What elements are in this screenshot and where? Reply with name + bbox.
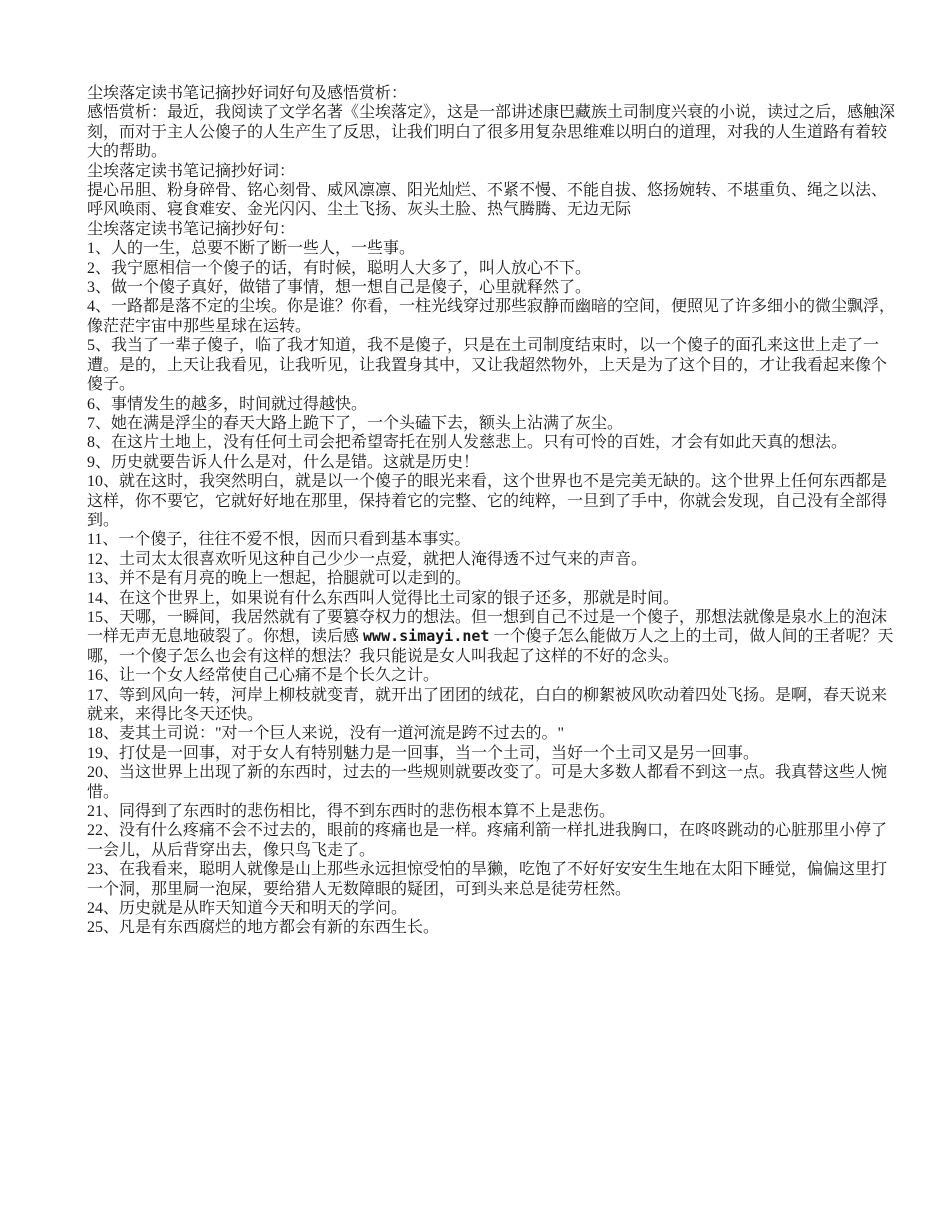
good-words-list: 提心吊胆、粉身碎骨、铭心刻骨、威风凛凛、阳光灿烂、不紧不慢、不能自拔、悠扬婉转、… xyxy=(87,181,897,220)
sentence-item-1: 1、人的一生，总要不断了断一些人，一些事。 xyxy=(87,239,897,258)
sentence-item-14: 14、在这个世界上，如果说有什么东西叫人觉得比土司家的银子还多，那就是时间。 xyxy=(87,589,897,608)
sentence-item-12: 12、土司太太很喜欢听见这种自己少少一点爱，就把人淹得透不过气来的声音。 xyxy=(87,550,897,569)
sentence-item-5: 5、我当了一辈子傻子，临了我才知道，我不是傻子，只是在土司制度结束时，以一个傻子… xyxy=(87,336,897,394)
sentence-item-18: 18、麦其土司说："对一个巨人来说，没有一道河流是跨不过去的。" xyxy=(87,724,897,743)
sentence-item-13: 13、并不是有月亮的晚上一想起，拾腿就可以走到的。 xyxy=(87,569,897,588)
sentence-item-22: 22、没有什么疼痛不会不过去的，眼前的疼痛也是一样。疼痛利箭一样扎进我胸口，在咚… xyxy=(87,821,897,860)
sentence-item-15: 15、天哪，一瞬间，我居然就有了要篡夺权力的想法。但一想到自己不过是一个傻子，那… xyxy=(87,608,897,666)
sentence-item-7: 7、她在满是浮尘的春天大路上跪下了，一个头磕下去，额头上沾满了灰尘。 xyxy=(87,414,897,433)
review-analysis-paragraph: 感悟赏析：最近，我阅读了文学名著《尘埃落定》，这是一部讲述康巴藏族土司制度兴衰的… xyxy=(87,103,897,161)
sentence-item-11: 11、一个傻子，往往不爱不恨，因而只看到基本事实。 xyxy=(87,530,897,549)
sentence-item-23: 23、在我看来，聪明人就像是山上那些永远担惊受怕的旱獭，吃饱了不好好安安生生地在… xyxy=(87,860,897,899)
sentence-item-8: 8、在这片土地上，没有任何土司会把希望寄托在别人发慈悲上。只有可怜的百姓，才会有… xyxy=(87,433,897,452)
sentence-item-16: 16、让一个女人经常使自己心痛不是个长久之计。 xyxy=(87,666,897,685)
sentence-item-3: 3、做一个傻子真好，做错了事情，想一想自己是傻子，心里就释然了。 xyxy=(87,278,897,297)
page-title: 尘埃落定读书笔记摘抄好词好句及感悟赏析： xyxy=(87,84,897,103)
article-body: 尘埃落定读书笔记摘抄好词好句及感悟赏析： 感悟赏析：最近，我阅读了文学名著《尘埃… xyxy=(87,84,897,938)
sentence-item-17: 17、等到风向一转，河岸上柳枝就变青，就开出了团团的绒花，白白的柳絮被风吹动着四… xyxy=(87,686,897,725)
sentence-item-20: 20、当这世界上出现了新的东西时，过去的一些规则就要改变了。可是大多数人都看不到… xyxy=(87,763,897,802)
sentence-item-19: 19、打仗是一回事，对于女人有特别魅力是一回事，当一个土司，当好一个土司又是另一… xyxy=(87,744,897,763)
sentence-item-4: 4、一路都是落不定的尘埃。你是谁？你看，一柱光线穿过那些寂静而幽暗的空间，便照见… xyxy=(87,297,897,336)
sentence-item-25: 25、凡是有东西腐烂的地方都会有新的东西生长。 xyxy=(87,918,897,937)
sentence-item-10: 10、就在这时，我突然明白，就是以一个傻子的眼光来看，这个世界也不是完美无缺的。… xyxy=(87,472,897,530)
simayi-watermark-link: www.simayi.net xyxy=(363,627,489,645)
sentence-item-9: 9、历史就要告诉人什么是对，什么是错。这就是历史！ xyxy=(87,453,897,472)
good-words-heading: 尘埃落定读书笔记摘抄好词： xyxy=(87,162,897,181)
good-sentences-heading: 尘埃落定读书笔记摘抄好句： xyxy=(87,220,897,239)
sentence-item-6: 6、事情发生的越多，时间就过得越快。 xyxy=(87,395,897,414)
sentence-item-2: 2、我宁愿相信一个傻子的话，有时候，聪明人大多了，叫人放心不下。 xyxy=(87,259,897,278)
sentence-item-21: 21、同得到了东西时的悲伤相比，得不到东西时的悲伤根本算不上是悲伤。 xyxy=(87,802,897,821)
sentence-item-24: 24、历史就是从昨天知道今天和明天的学问。 xyxy=(87,899,897,918)
